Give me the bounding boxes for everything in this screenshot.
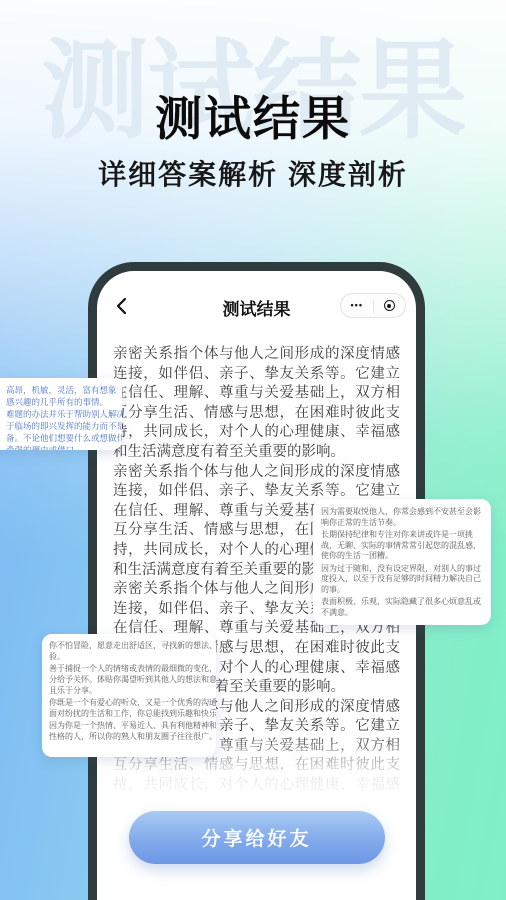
page-subtitle: 详细答案解析 深度剖析	[0, 153, 506, 193]
analysis-line: 感兴趣的几乎所有的事情。	[6, 396, 116, 408]
analysis-line: 难题的办法并乐于帮助别人解决	[6, 408, 116, 420]
analysis-line: 于临场的即兴发挥的能力而不是	[6, 420, 116, 432]
more-dots-icon: •••	[351, 301, 363, 310]
share-button[interactable]: 分享给好友	[129, 811, 385, 864]
phone-navbar: 测试结果 •••	[97, 271, 416, 335]
analysis-line: 备。不论他们想要什么或想做什	[6, 432, 116, 444]
analysis-paragraph: 因为需要取悦他人，你常会感到不安甚至会影响你正常的生活节奏。	[321, 507, 483, 528]
more-menu-button[interactable]: •••	[341, 294, 373, 317]
analysis-paragraph: 表面积极、乐观，实际隐藏了很多心烦意乱或不满意。	[321, 597, 483, 618]
analysis-card-top-left: 高昂，机敏，灵活，富有想象 感兴趣的几乎所有的事情。 难题的办法并乐于帮助别人解…	[0, 378, 122, 450]
analysis-paragraph: 你既是一个有爱心的听众，又是一个优秀的沟通者。面对纷扰的生活和工作，你总能找到乐…	[49, 697, 216, 719]
miniprogram-capsule: •••	[340, 293, 406, 318]
page-title: 测试结果	[0, 82, 506, 149]
analysis-paragraph: 你不怕冒险，愿意走出舒适区，寻找新的想法、体验。	[49, 640, 216, 662]
analysis-card-right: 因为需要取悦他人，你常会感到不安甚至会影响你正常的生活节奏。 长期保持纪律和专注…	[313, 499, 491, 625]
analysis-clip-wrapper: 你不怕冒险，愿意走出舒适区，寻找新的想法、体验。 善于捕捉一个人的情绪或表情的最…	[49, 640, 216, 742]
analysis-paragraph: 因为过于随和，没有设定界限，对别人的事过度投入，以至于没有足够的时间精力解决自己…	[321, 564, 483, 596]
analysis-line: 牵强的理由或借口。	[6, 444, 116, 450]
result-paragraph: 亲密关系指个体与他人之间形成的深度情感连接，如伴侣、亲子、挚友关系等。它建立在信…	[113, 345, 400, 463]
page-background: 测试结果 测试结果 详细答案解析 深度剖析 测试结果 •••	[0, 0, 506, 900]
analysis-card-bottom-left: 你不怕冒险，愿意走出舒适区，寻找新的想法、体验。 善于捕捉一个人的情绪或表情的最…	[42, 634, 216, 757]
analysis-paragraph: 长期保持纪律和专注对你来讲或许是一项挑战，无聊、实际的事情常常引起您的混乱感，使…	[321, 530, 483, 562]
analysis-paragraph: 因为你是一个热情、平易近人、具有利他精神和友好性格的人，所以你的熟人和朋友圈子往…	[49, 720, 216, 742]
analysis-line: 高昂，机敏，灵活，富有想象	[6, 384, 116, 396]
analysis-paragraph: 善于捕捉一个人的情绪或表情的最细微的变化，并充分给予关怀。体贴你渴望听到其他人的…	[49, 663, 216, 696]
target-circle-icon	[384, 300, 395, 311]
exit-button[interactable]	[374, 294, 406, 317]
